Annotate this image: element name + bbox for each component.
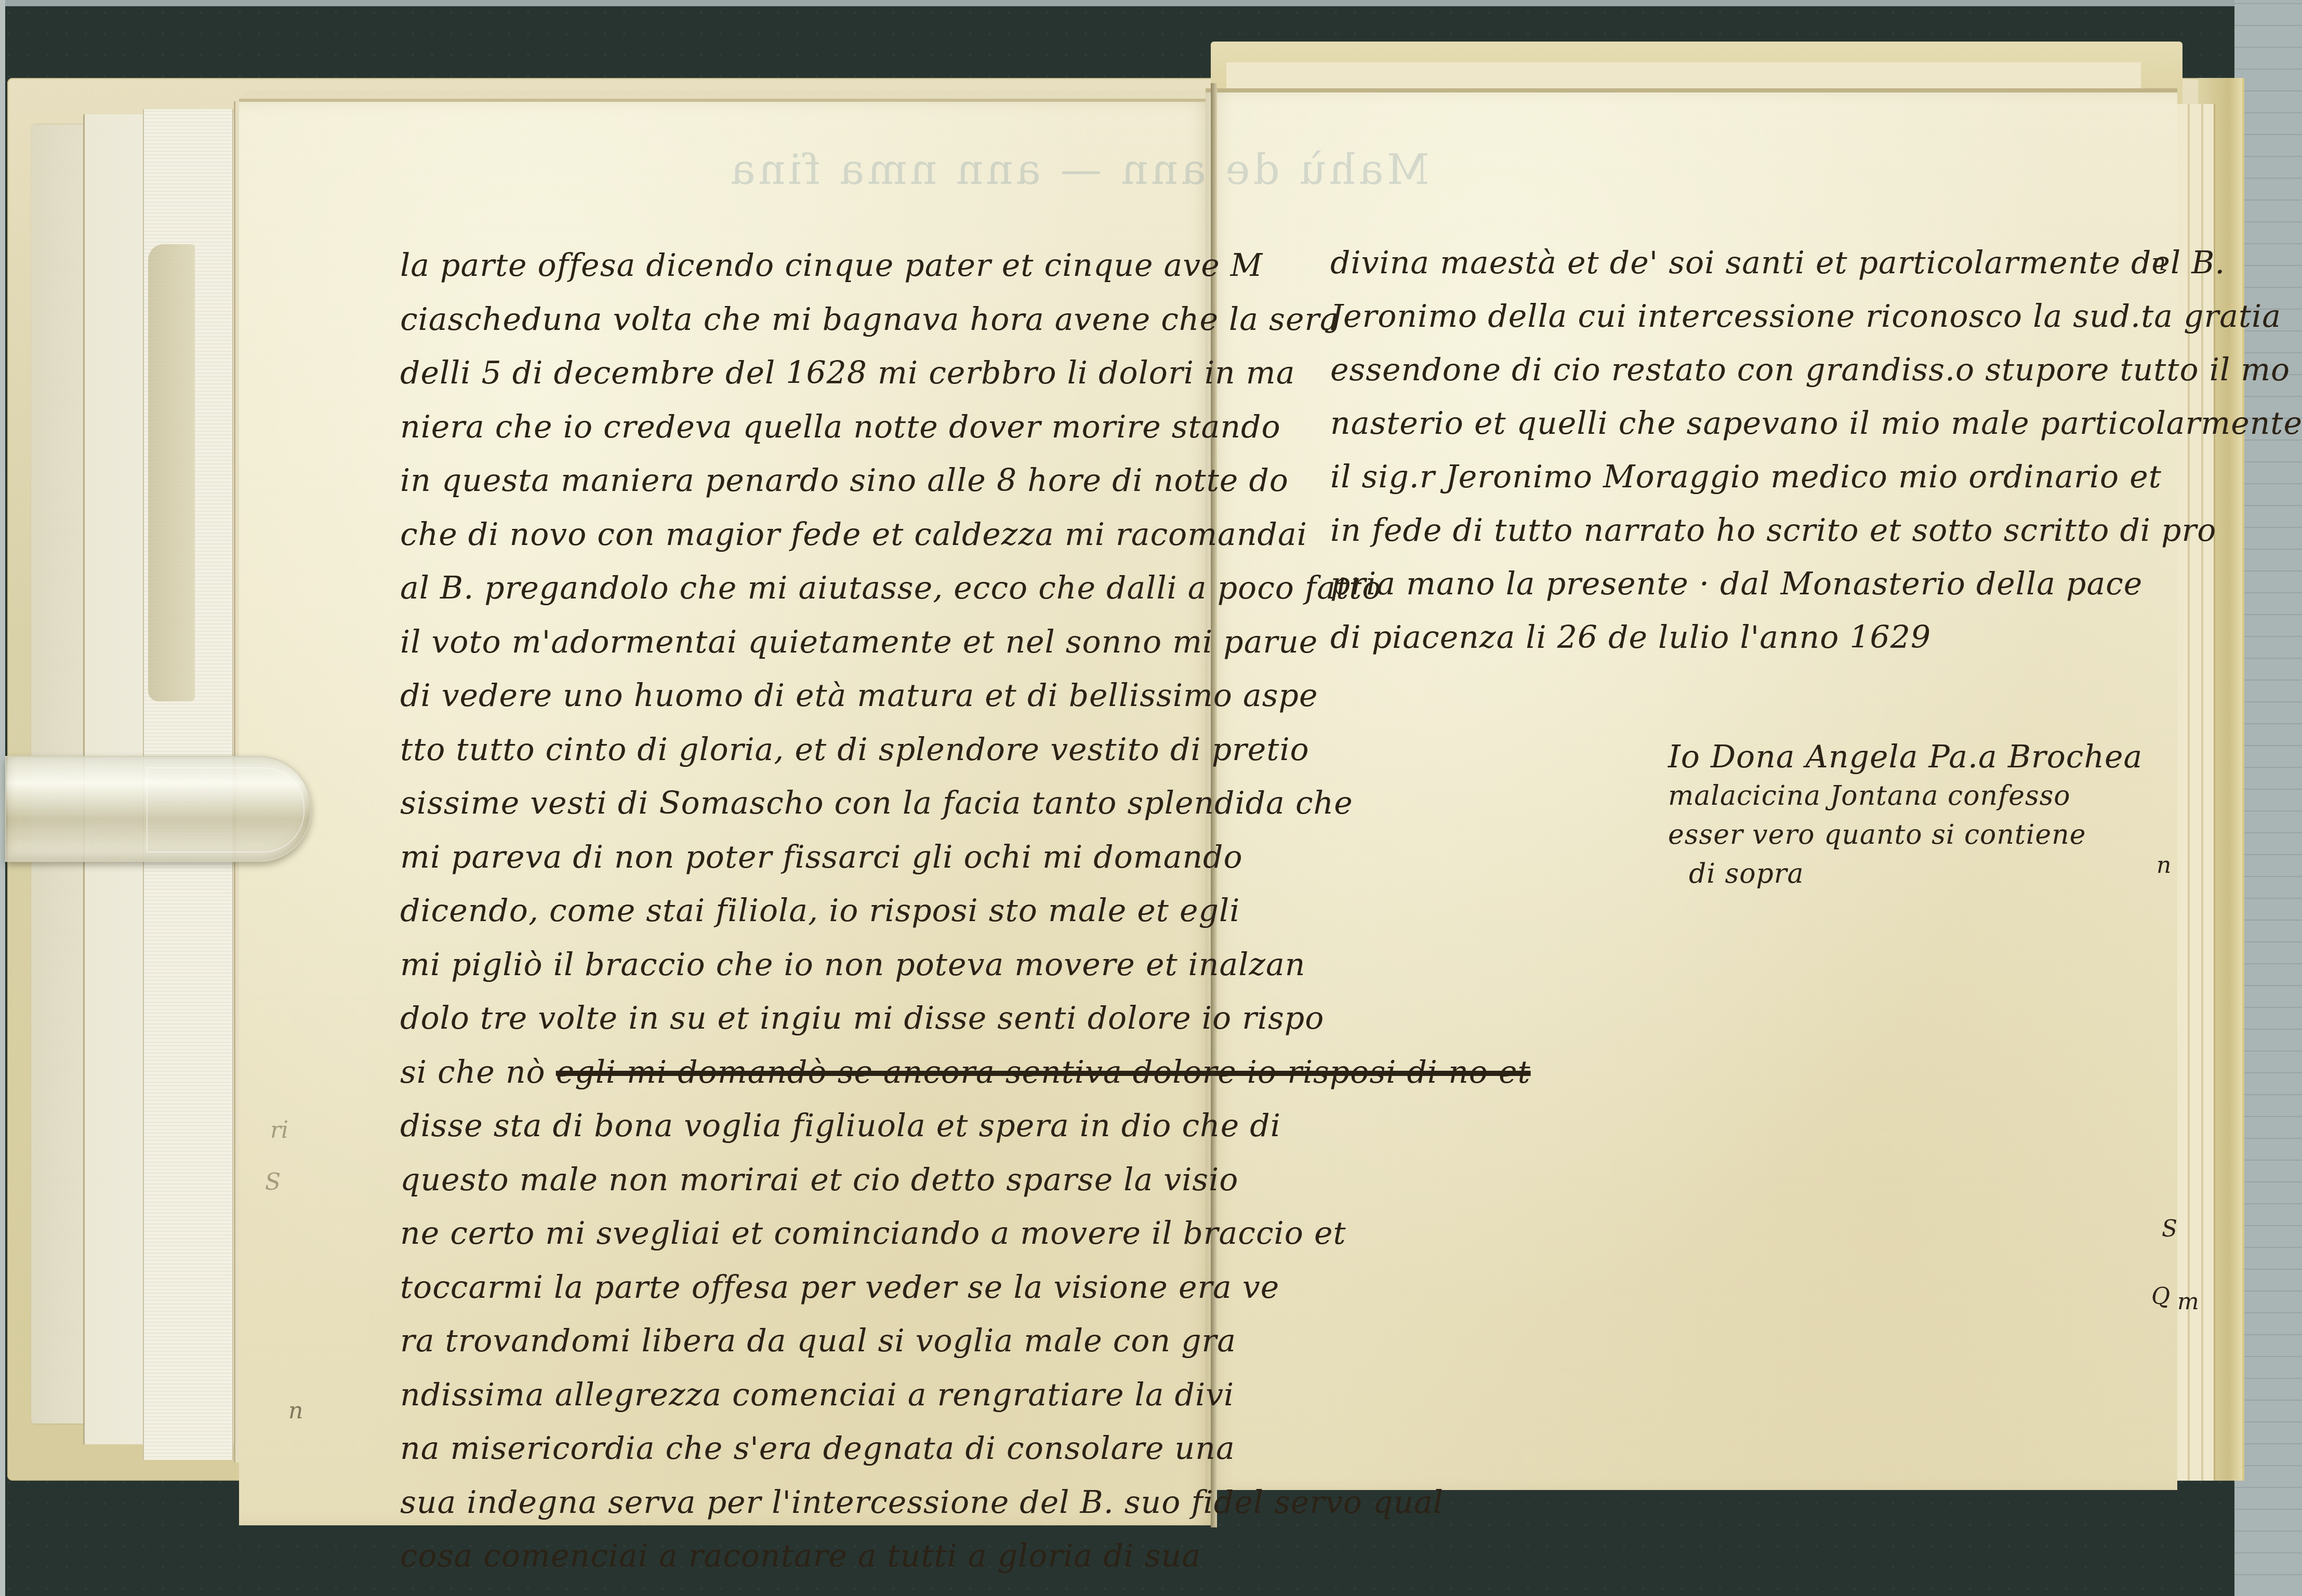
glass-rod-weight [5,756,311,862]
text-line-with-strikethrough: si che nò egli mi domandò se ancora sent… [400,1046,1211,1100]
struck-through-text: egli mi domandò se ancora sentiva dolore… [556,1054,1531,1090]
margin-fragment: n [2157,852,2171,879]
text-line: nasterio et quelli che sapevano il mio m… [1330,397,2141,450]
signature-line: malacicina Jontana confesso [1668,777,2136,816]
text-line: sua indegna serva per l'intercessione de… [400,1476,1211,1530]
signature-line: di sopra [1668,855,2136,894]
text-line: mi pareva di non poter fissarci gli ochi… [400,831,1211,885]
margin-fragment: Q [2151,1283,2170,1310]
margin-fragment: ri [270,1117,288,1143]
text-line: essendone di cio restato con grandiss.o … [1330,343,2141,397]
margin-fragment: S [265,1169,281,1195]
text-line: divina maestà et de' soi santi et partic… [1330,236,2141,290]
text-line: pria mano la presente · dal Monasterio d… [1330,557,2141,611]
text-line: ciascheduna volta che mi bagnava hora av… [400,293,1211,347]
text-line: in questa maniera penardo sino alle 8 ho… [400,454,1211,508]
text-line: la parte offesa dicendo cinque pater et … [400,239,1211,293]
text-line: in fede di tutto narrato ho scrito et so… [1330,504,2141,557]
text-line: Jeronimo della cui intercessione riconos… [1330,290,2141,343]
right-page-text: divina maestà et de' soi santi et partic… [1330,236,2141,664]
text-line: che di novo con magior fede et caldezza … [400,508,1211,562]
margin-fragment: m [2177,1288,2199,1315]
text-line: sissime vesti di Somascho con la facia t… [400,777,1211,831]
text-line: mi pigliò il braccio che io non poteva m… [400,938,1211,992]
scan-calibration-strip-right [2234,0,2302,1596]
text-line: cosa comenciai a racontare a tutti a glo… [400,1529,1211,1584]
text-line: na misericordia che s'era degnata di con… [400,1422,1211,1476]
signature-line: Io Dona Angela Pa.a Brochea [1668,738,2136,777]
text-line: disse sta di bona voglia figliuola et sp… [400,1099,1211,1153]
text-line: tto tutto cinto di gloria, et di splendo… [400,723,1211,777]
bleedthrough-text: Mahù de ann — ann nma fina [727,145,1430,194]
text-segment: si che nò [400,1054,546,1090]
text-line: dolo tre volte in su et ingiu mi disse s… [400,992,1211,1046]
text-line: al B. pregandolo che mi aiutasse, ecco c… [400,562,1211,616]
text-line: dicendo, come stai filiola, io risposi s… [400,884,1211,938]
glass-highlight [147,767,305,853]
text-line: il sig.r Jeronimo Moraggio medico mio or… [1330,450,2141,504]
torn-paper-fragment [148,244,195,701]
text-line: niera che io credeva quella notte dover … [400,401,1211,455]
text-line: il voto m'adormentai quietamente et nel … [400,616,1211,670]
margin-fragment: S [2162,1216,2177,1242]
scan-calibration-strip-top [0,0,2302,6]
left-page-text: la parte offesa dicendo cinque pater et … [400,239,1211,1584]
text-line: di piacenza li 26 de lulio l'anno 1629 [1330,611,2141,664]
text-line: questo male non morirai et cio detto spa… [400,1153,1211,1207]
text-line: di vedere uno huomo di età matura et di … [400,669,1211,723]
margin-fragment: n [288,1398,303,1424]
scan-calibration-strip-left [0,0,5,1596]
margin-fragment: n [2151,249,2166,276]
text-line: ne certo mi svegliai et cominciando a mo… [400,1207,1211,1261]
text-line: ndissima allegrezza comenciai a rengrati… [400,1368,1211,1422]
signature-line: esser vero quanto si contiene [1668,816,2136,855]
text-line: delli 5 di decembre del 1628 mi cerbbro … [400,347,1211,401]
text-line: ra trovandomi libera da qual si voglia m… [400,1314,1211,1368]
signature-block: Io Dona Angela Pa.a Brochea malacicina J… [1668,738,2136,894]
text-line: toccarmi la parte offesa per veder se la… [400,1261,1211,1315]
